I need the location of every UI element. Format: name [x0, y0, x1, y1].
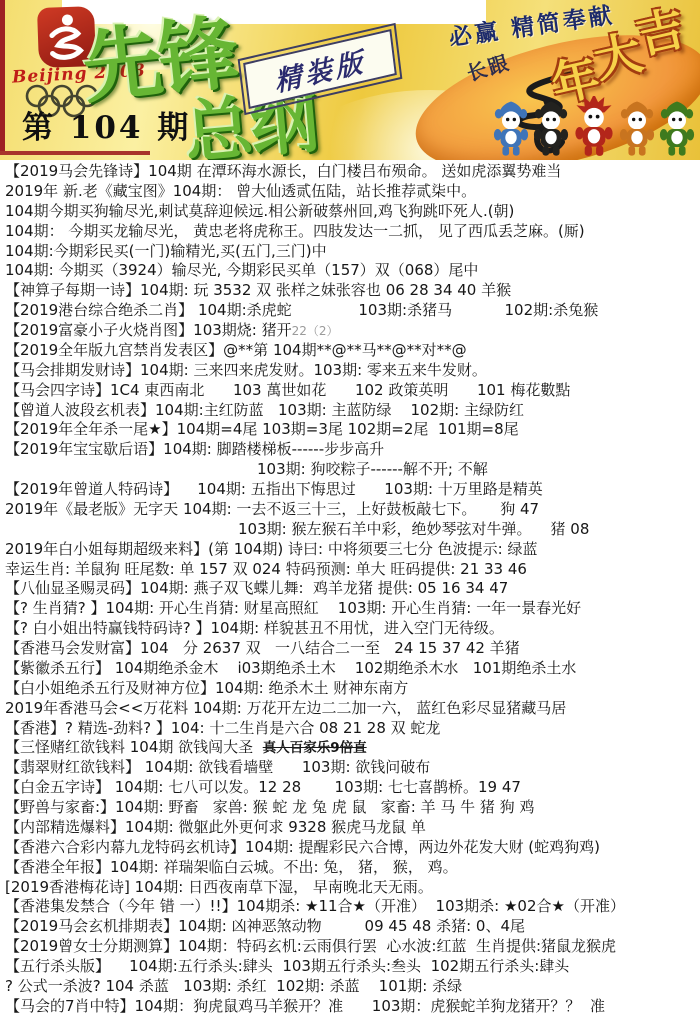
text-line: 【野兽与家畜:】104期: 野畜 家兽: 猴 蛇 龙 兔 虎 鼠 家畜: 羊 马… [5, 798, 700, 818]
text-line-main: 2019年《最老版》无字天 104期: 一去不返三十三，上好鼓板敲七下。 狗 4… [5, 500, 539, 518]
text-line-main: 幸运生肖: 羊鼠狗 旺尾数: 单 157 双 024 特码预测: 单大 旺码提供… [5, 560, 527, 578]
text-line: 【翡翠财红欲钱料】 104期: 欲钱看墙壁 103期: 欲钱问破布 [5, 758, 700, 778]
text-line: 103期: 猴左猴石羊中彩，绝妙琴弦对牛弹。 猪 08 [5, 520, 700, 540]
text-line-main: 【2019马会先锋诗】104期 在潭环海水源长，白门楼吕布殒命。 送如虎添翼势难… [5, 162, 561, 180]
text-line-main: 104期今期买狗输尽光,刺试莫辞迎候远.相公新破蔡州回,鸡飞狗跳吓死人.(朝) [5, 202, 514, 220]
text-line-main: 【马会排期发财诗】104期: 三来四来虎发财。103期: 零来五来牛发财。 [5, 361, 487, 379]
text-line-main: 【白小姐绝杀五行及财神方位】104期: 绝杀木土 财神东南方 [5, 679, 408, 697]
text-line-main: 【三怪赌红欲钱料 104期 欲钱闯大圣 [5, 738, 263, 756]
text-line-main: 104期： 今期买龙输尽光， 黄忠老将虎称王。四肢发达一二抓， 见了西瓜丢芝麻。… [5, 222, 585, 240]
text-line-main: 【? 生肖猜? 】104期: 开心生肖猜: 财星高照紅 103期: 开心生肖猜:… [5, 599, 581, 617]
text-line: 【2019全年版九宫禁肖发表区】@**第 104期**@**马**@**对**@ [5, 341, 700, 361]
scan-edge-mark [0, 0, 5, 155]
mascot-huanhuan-icon [572, 96, 616, 158]
text-line: 2019年 新.老《藏宝图》104期： 曾大仙透贰伍陆，站长推荐贰柒中。 [5, 182, 700, 202]
text-line: 【马会四字诗】1C4 東西南北 103 萬世如花 102 政策英明 101 梅花… [5, 381, 700, 401]
text-line: 【2019马会玄机排期表】104期: 凶神恶煞动物 09 45 48 杀猪: 0… [5, 917, 700, 937]
text-line-main: 【2019曾女士分期测算】104期：特码玄机:云雨俱行罢 心水波:红蓝 生肖提供… [5, 937, 616, 955]
text-line-main: 103期: 狗咬粽子------解不开; 不解 [257, 460, 488, 478]
text-line: 【香港集发禁合（今年 错 一）!!】104期杀: ★11合★（开准） 103期杀… [5, 897, 700, 917]
text-line: 【八仙显圣赐灵码】104期: 燕子双飞蝶儿舞: 鸡羊龙猪 提供: 05 16 3… [5, 579, 700, 599]
text-line: 【2019曾女士分期测算】104期：特码玄机:云雨俱行罢 心水波:红蓝 生肖提供… [5, 937, 700, 957]
text-line: 【白小姐绝杀五行及财神方位】104期: 绝杀木土 财神东南方 [5, 679, 700, 699]
text-line-extra: 22（2） [292, 324, 339, 338]
text-line-main: 2019年香港马会<<万花料 104期: 万花开左边二二加一六， 蓝红色彩尽显猪… [5, 699, 566, 717]
text-line-main: 2019年 新.老《藏宝图》104期： 曾大仙透贰伍陆，站长推荐贰柒中。 [5, 182, 476, 200]
text-line: 【香港】? 精选-劲料? 】104: 十二生肖是六合 08 21 28 双 蛇龙 [5, 719, 700, 739]
text-line-extra: 真人百家乐9倍直 [263, 740, 367, 756]
text-line-main: 【曾道人波段玄机表】104期:主红防蓝 103期: 主蓝防绿 102期: 主绿防… [5, 401, 524, 419]
text-line-main: 【香港集发禁合（今年 错 一）!!】104期杀: ★11合★（开准） 103期杀… [5, 897, 625, 915]
text-line: 【神算子每期一诗】104期: 玩 3532 双 张样之妹张容也 06 28 34… [5, 281, 700, 301]
text-line-main: 【香港六合彩内幕九龙特码玄机诗】104期: 提醒彩民六合博，两边外花发大财 (蛇… [5, 838, 600, 856]
text-line-main: 104期: 今期买（3924）输尽光, 今期彩民买单（157）双（068）尾中 [5, 261, 478, 279]
text-line: 【内部精选爆料】104期: 微躯此外更何求 9328 猴虎马龙鼠 单 [5, 818, 700, 838]
text-line-main: 【五行杀头版】 104期:五行杀头:肆头 103期五行杀头:叁头 102期五行杀… [5, 957, 569, 975]
text-line: 【五行杀头版】 104期:五行杀头:肆头 103期五行杀头:叁头 102期五行杀… [5, 957, 700, 977]
text-line-main: [2019香港梅花诗] 104期: 日西夜南草下湿， 早南晚北天无雨。 [5, 878, 433, 896]
banner: Beijing 2008 第 104 期 先锋 总纲 精装版 必赢 精简奉献 长… [0, 0, 700, 160]
text-line-main: 103期: 猴左猴石羊中彩，绝妙琴弦对牛弹。 猪 08 [238, 520, 589, 538]
text-line-main: 【2019年曾道人特码诗】 104期: 五指出下悔思过 103期: 十万里路是精… [5, 480, 543, 498]
text-line: 幸运生肖: 羊鼠狗 旺尾数: 单 157 双 024 特码预测: 单大 旺码提供… [5, 560, 700, 580]
text-line: 【香港六合彩内幕九龙特码玄机诗】104期: 提醒彩民六合博，两边外花发大财 (蛇… [5, 838, 700, 858]
lottery-tip-sheet: Beijing 2008 第 104 期 先锋 总纲 精装版 必赢 精简奉献 长… [0, 0, 700, 1017]
mascot-beibei-icon [492, 100, 530, 158]
mascot-nini-icon [658, 100, 696, 158]
text-line: 2019年白小姐每期超级来料】(第 104期) 诗曰: 中将须要三七分 色波提示… [5, 540, 700, 560]
text-line-main: 【翡翠财红欲钱料】 104期: 欲钱看墙壁 103期: 欲钱问破布 [5, 758, 430, 776]
edition-badge-label: 精装版 [272, 39, 367, 99]
text-line: [2019香港梅花诗] 104期: 日西夜南草下湿， 早南晚北天无雨。 [5, 878, 700, 898]
text-line: 2019年《最老版》无字天 104期: 一去不返三十三，上好鼓板敲七下。 狗 4… [5, 500, 700, 520]
text-line: 【? 白小姐出特赢钱特码诗? 】104期: 样貌甚丑不用忧，进入空门无待级。 [5, 619, 700, 639]
text-line-main: 【2019年宝宝歇后语】104期: 脚踏楼梯板------步步高升 [5, 440, 384, 458]
text-line: 【马会的7肖中特】104期：狗虎鼠鸡马羊猴开？准 103期：虎猴蛇羊狗龙猪开？？… [5, 997, 700, 1017]
text-line-main: 2019年白小姐每期超级来料】(第 104期) 诗曰: 中将须要三七分 色波提示… [5, 540, 537, 558]
text-line-main: 【2019全年版九宫禁肖发表区】@**第 104期**@**马**@**对**@ [5, 341, 467, 359]
text-line: 【? 生肖猜? 】104期: 开心生肖猜: 财星高照紅 103期: 开心生肖猜:… [5, 599, 700, 619]
text-line: 104期:今期彩民买(一门)输精光,买(五门,三门)中 [5, 242, 700, 262]
mascot-jingjing-icon [532, 100, 570, 158]
text-line-main: 【白金五字诗】 104期: 七八可以发。12 28 103期: 七七喜鹊桥。19… [5, 778, 521, 796]
text-line: 【2019富豪小子火烧肖图】103期烧: 猪开22（2） [5, 321, 700, 341]
text-line: 104期: 今期买（3924）输尽光, 今期彩民买单（157）双（068）尾中 [5, 261, 700, 281]
text-line: 【三怪赌红欲钱料 104期 欲钱闯大圣 真人百家乐9倍直 [5, 738, 700, 758]
text-line-main: 【2019马会玄机排期表】104期: 凶神恶煞动物 09 45 48 杀猪: 0… [5, 917, 525, 935]
text-line: 104期今期买狗输尽光,刺试莫辞迎候远.相公新破蔡州回,鸡飞狗跳吓死人.(朝) [5, 202, 700, 222]
text-line-main: 【神算子每期一诗】104期: 玩 3532 双 张样之妹张容也 06 28 34… [5, 281, 511, 299]
text-line: 【马会排期发财诗】104期: 三来四来虎发财。103期: 零来五来牛发财。 [5, 361, 700, 381]
text-line: 【曾道人波段玄机表】104期:主红防蓝 103期: 主蓝防绿 102期: 主绿防… [5, 401, 700, 421]
text-line-main: 【马会四字诗】1C4 東西南北 103 萬世如花 102 政策英明 101 梅花… [5, 381, 570, 399]
text-line-main: 【2019富豪小子火烧肖图】103期烧: 猪开 [5, 321, 292, 339]
text-line: 【2019马会先锋诗】104期 在潭环海水源长，白门楼吕布殒命。 送如虎添翼势难… [5, 162, 700, 182]
text-line: 【2019港台综合绝杀二肖】 104期:杀虎蛇 103期:杀猪马 102期:杀兔… [5, 301, 700, 321]
text-line: 103期: 狗咬粽子------解不开; 不解 [5, 460, 700, 480]
text-line: 2019年香港马会<<万花料 104期: 万花开左边二二加一六， 蓝红色彩尽显猪… [5, 699, 700, 719]
text-line: 【香港马会发财富】104 分 2637 双 一八结合二一至 24 15 37 4… [5, 639, 700, 659]
text-line: ? 公式一杀波? 104 杀蓝 103期: 杀红 102期: 杀蓝 101期: … [5, 977, 700, 997]
scan-edge-mark [0, 151, 150, 155]
text-line: 【白金五字诗】 104期: 七八可以发。12 28 103期: 七七喜鹊桥。19… [5, 778, 700, 798]
text-line-main: 【2019年全年杀一尾★】104期=4尾 103期=3尾 102期=2尾 101… [5, 420, 519, 438]
tips-text-block: 【2019马会先锋诗】104期 在潭环海水源长，白门楼吕布殒命。 送如虎添翼势难… [0, 160, 700, 1017]
text-line: 104期： 今期买龙输尽光， 黄忠老将虎称王。四肢发达一二抓， 见了西瓜丢芝麻。… [5, 222, 700, 242]
fuwa-mascots [492, 96, 698, 158]
text-line-main: 【紫徽杀五行】 104期绝杀金木 i03期绝杀土木 102期绝杀木水 101期绝… [5, 659, 576, 677]
text-line: 【2019年宝宝歇后语】104期: 脚踏楼梯板------步步高升 [5, 440, 700, 460]
text-line-main: 【内部精选爆料】104期: 微躯此外更何求 9328 猴虎马龙鼠 单 [5, 818, 426, 836]
text-line-main: 【香港全年报】104期: 祥瑞架临白云城。不出: 兔， 猪， 猴， 鸡。 [5, 858, 458, 876]
text-line: 【2019年曾道人特码诗】 104期: 五指出下悔思过 103期: 十万里路是精… [5, 480, 700, 500]
text-line: 【香港全年报】104期: 祥瑞架临白云城。不出: 兔， 猪， 猴， 鸡。 [5, 858, 700, 878]
text-line-main: 【野兽与家畜:】104期: 野畜 家兽: 猴 蛇 龙 兔 虎 鼠 家畜: 羊 马… [5, 798, 534, 816]
text-line-main: ? 公式一杀波? 104 杀蓝 103期: 杀红 102期: 杀蓝 101期: … [5, 977, 462, 995]
text-line: 【紫徽杀五行】 104期绝杀金木 i03期绝杀土木 102期绝杀木水 101期绝… [5, 659, 700, 679]
text-line-main: 104期:今期彩民买(一门)输精光,买(五门,三门)中 [5, 242, 327, 260]
text-line-main: 【香港】? 精选-劲料? 】104: 十二生肖是六合 08 21 28 双 蛇龙 [5, 719, 440, 737]
mascot-yingying-icon [618, 100, 656, 158]
text-line: 【2019年全年杀一尾★】104期=4尾 103期=3尾 102期=2尾 101… [5, 420, 700, 440]
text-line-main: 【马会的7肖中特】104期：狗虎鼠鸡马羊猴开？准 103期：虎猴蛇羊狗龙猪开？？… [5, 997, 605, 1015]
text-line-main: 【香港马会发财富】104 分 2637 双 一八结合二一至 24 15 37 4… [5, 639, 520, 657]
text-line-main: 【八仙显圣赐灵码】104期: 燕子双飞蝶儿舞: 鸡羊龙猪 提供: 05 16 3… [5, 579, 508, 597]
text-line-main: 【2019港台综合绝杀二肖】 104期:杀虎蛇 103期:杀猪马 102期:杀兔… [5, 301, 598, 319]
text-line-main: 【? 白小姐出特赢钱特码诗? 】104期: 样貌甚丑不用忧，进入空门无待级。 [5, 619, 504, 637]
